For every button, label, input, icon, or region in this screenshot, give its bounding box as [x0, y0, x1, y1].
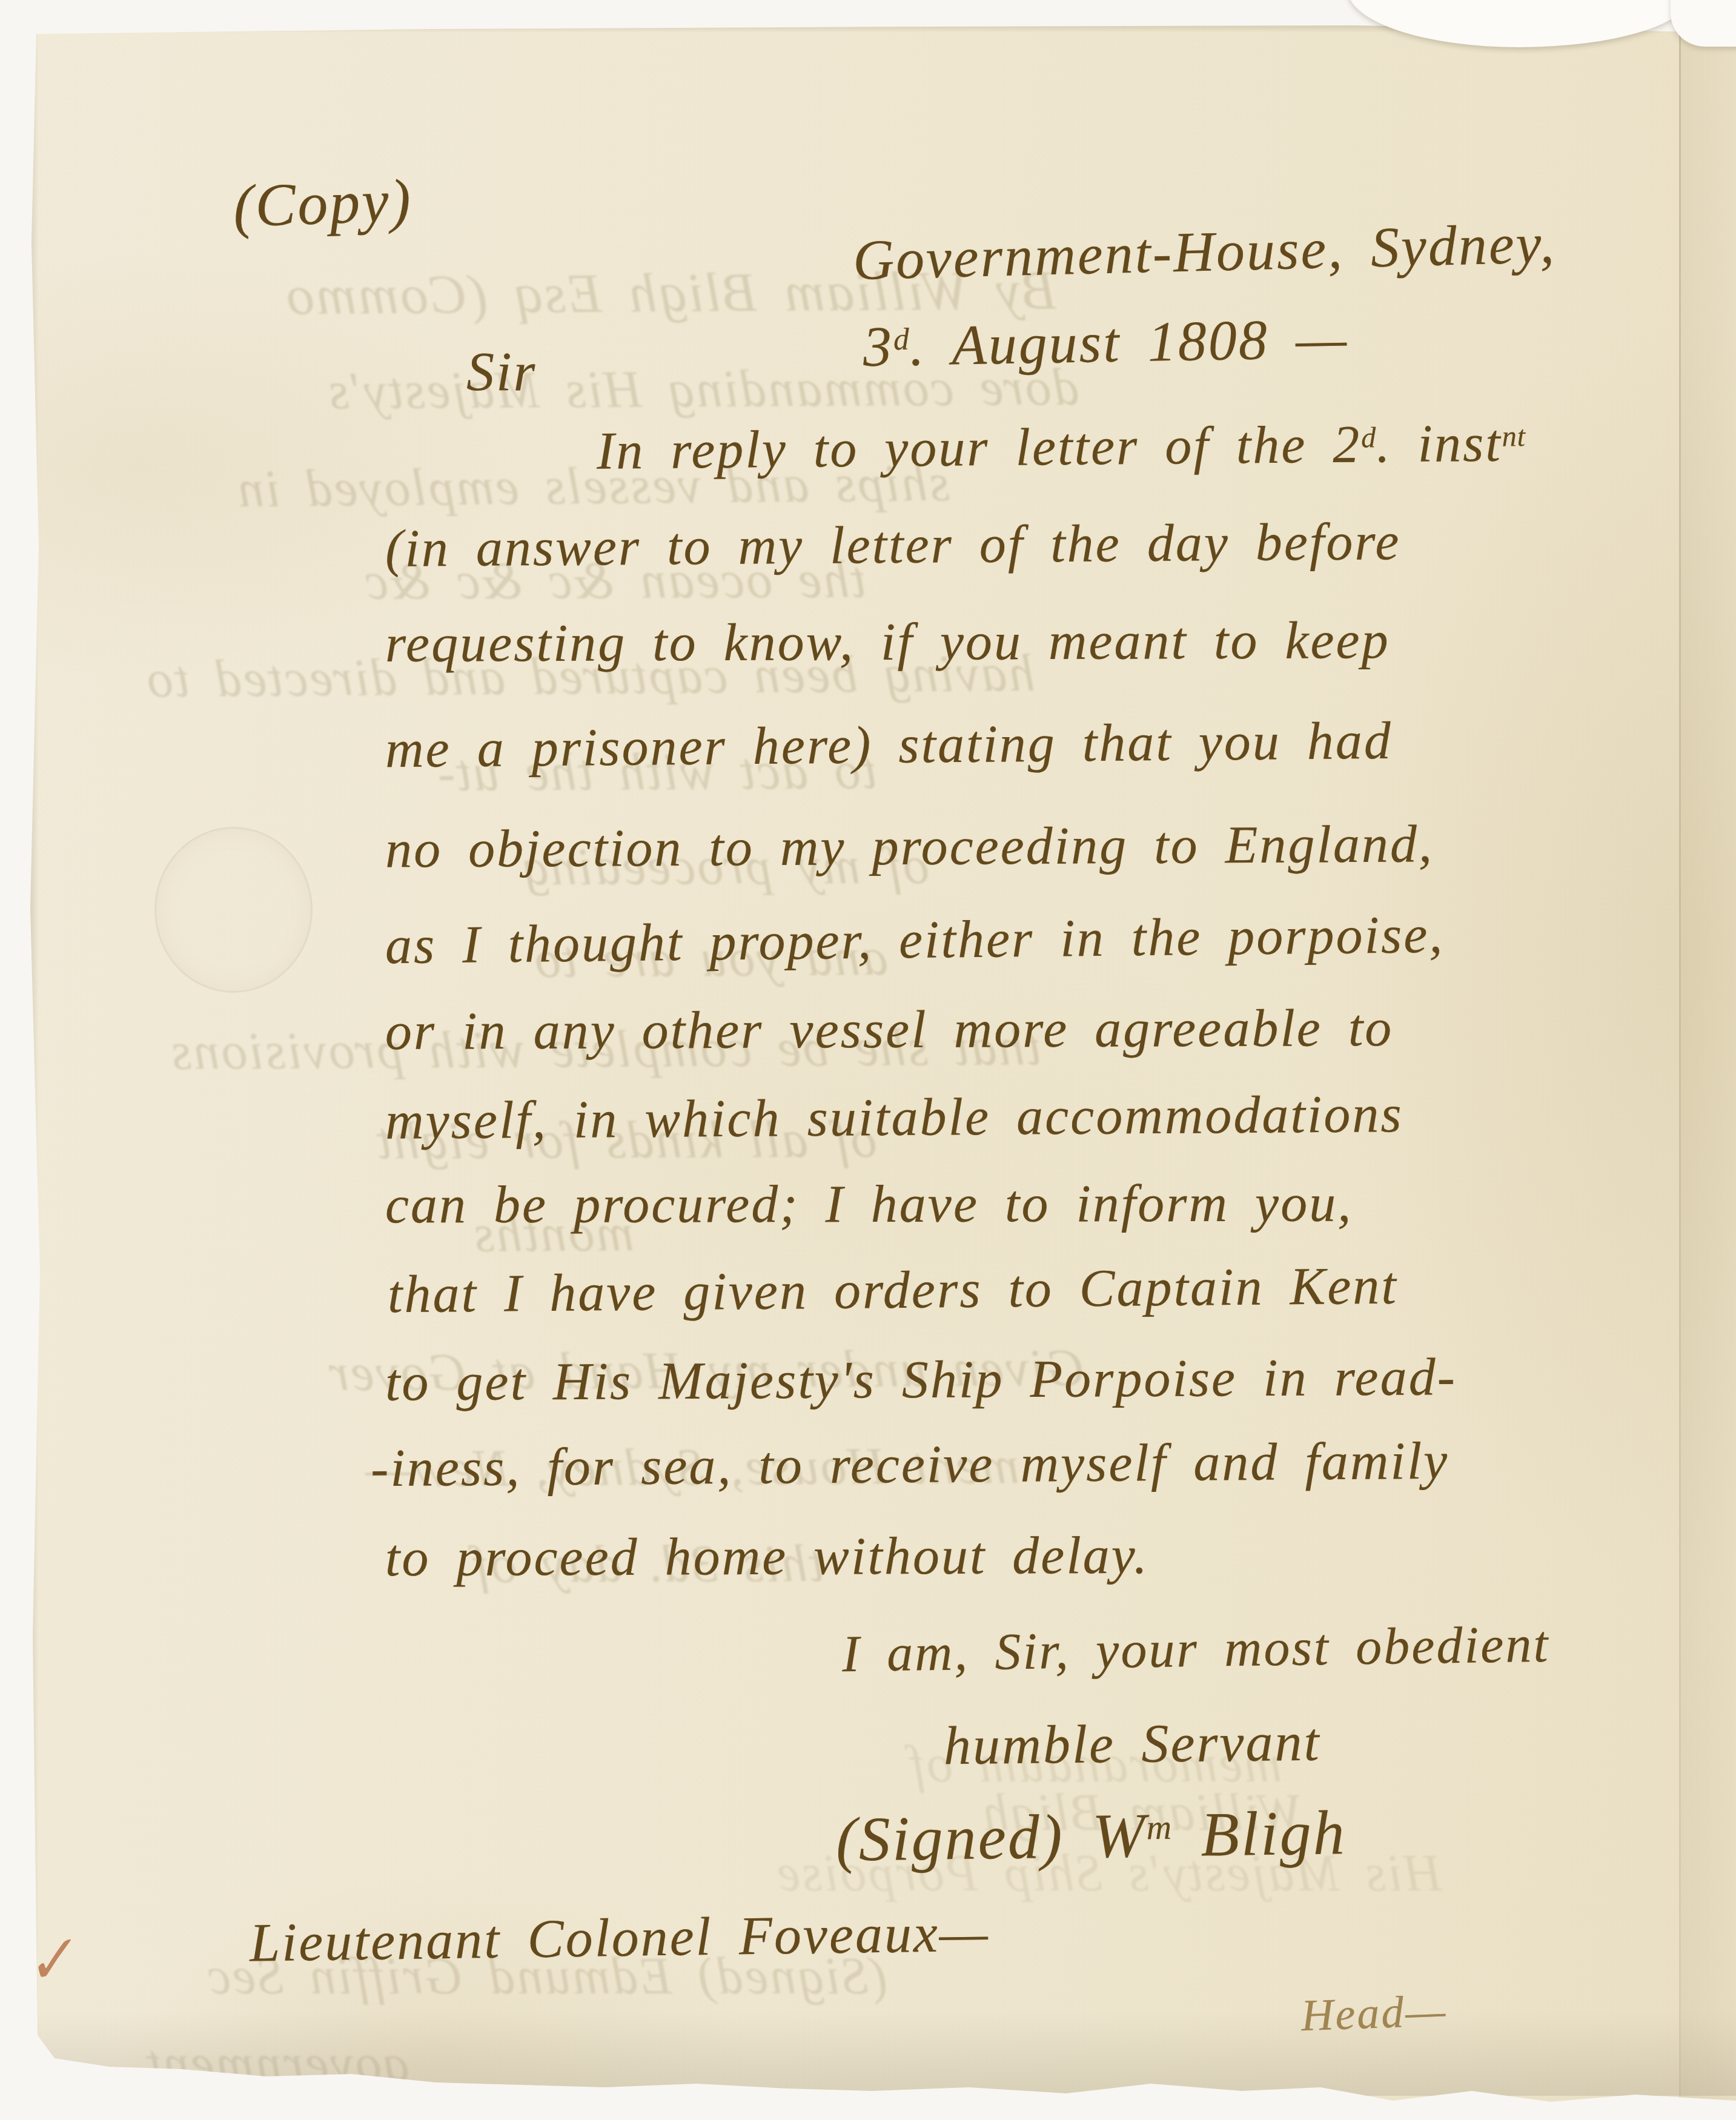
body-line: as I thought proper, either in the porpo…: [385, 904, 1445, 976]
body-first-line-sup2: nt: [1502, 420, 1526, 452]
bleedthrough-line: government: [145, 2033, 409, 2093]
dateline-place: Government-House, Sydney,: [852, 211, 1557, 293]
body-line: to proceed home without delay.: [385, 1525, 1149, 1589]
copy-annotation: (Copy): [232, 165, 414, 241]
date-rest: . August 1808 —: [909, 307, 1349, 378]
vertical-fold-crease: [1679, 24, 1681, 2102]
dateline-date: 3d. August 1808 —: [863, 306, 1349, 380]
body-line: myself, in which suitable accommodations: [385, 1084, 1403, 1152]
body-line: can be procured; I have to inform you,: [385, 1173, 1353, 1236]
body-first-line-sup1: d: [1361, 422, 1377, 454]
body-first-line-b: . inst: [1376, 414, 1502, 474]
body-line: me a prisoner here) stating that you had: [385, 711, 1393, 781]
signature-line: (Signed) Wm Bligh: [835, 1797, 1347, 1876]
body-line: (in answer to my letter of the day befor…: [385, 511, 1401, 580]
paper-left-edge-shadow: [29, 0, 39, 2120]
body-line: requesting to know, if you meant to keep: [385, 610, 1390, 675]
body-line: that I have given orders to Captain Kent: [388, 1256, 1398, 1326]
salutation: Sir: [466, 339, 537, 403]
signature-prefix: (Signed) W: [835, 1801, 1147, 1875]
catchword: Head—: [1300, 1986, 1448, 2042]
body-line: no objection to my proceeding to England…: [385, 813, 1434, 880]
body-first-line-a: In reply to your letter of the 2: [597, 416, 1362, 481]
vertical-fold-strip: [1681, 0, 1736, 2120]
date-day: 3: [863, 315, 894, 379]
signature-sup: m: [1146, 1809, 1172, 1847]
addressee-line: Lieutenant Colonel Foveaux—: [249, 1901, 990, 1974]
embossed-seal-mark: [154, 827, 313, 993]
body-line: -iness, for sea, to receive myself and f…: [371, 1431, 1449, 1499]
closing-line: humble Servant: [943, 1711, 1320, 1778]
closing-line: I am, Sir, your most obedient: [841, 1614, 1550, 1684]
archivist-checkmark: ✓: [18, 1921, 81, 2000]
body-line: or in any other vessel more agreeable to: [385, 998, 1394, 1062]
body-line: to get His Majesty's Ship Porpoise in re…: [385, 1347, 1457, 1413]
signature-name: Bligh: [1171, 1798, 1347, 1870]
scanned-letter-image: By William Bligh Esq (Commo dore command…: [0, 0, 1736, 2120]
body-line: In reply to your letter of the 2d. instn…: [597, 412, 1526, 482]
letter-page: By William Bligh Esq (Commo dore command…: [0, 0, 1736, 2120]
date-day-ordinal: d: [893, 322, 910, 357]
